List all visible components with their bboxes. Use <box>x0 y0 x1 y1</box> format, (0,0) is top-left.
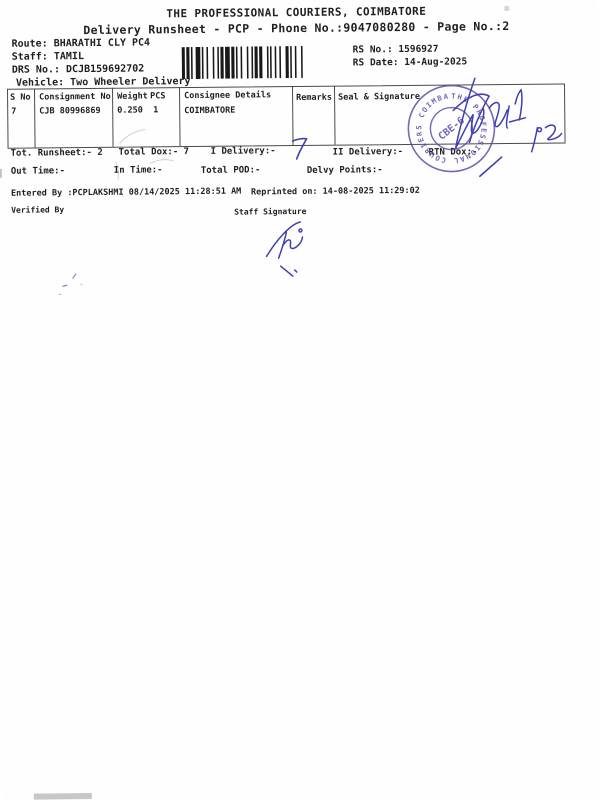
total-dox-value: 7 <box>184 147 190 157</box>
verified-by-label: Verified By <box>11 205 64 215</box>
col-header-pcs: PCS <box>150 91 165 101</box>
total-pod-label: Total POD:- <box>201 165 261 176</box>
scan-artifact <box>504 6 509 11</box>
route-line: Route: BHARATHI CLY PC4 <box>12 37 151 49</box>
scan-artifact <box>0 169 2 178</box>
pen-specks <box>51 268 97 300</box>
cell-consignment: CJB 80996869 <box>39 106 101 117</box>
delvy-points-label: Delvy Points:- <box>307 165 383 176</box>
col-header-sno: S No <box>10 93 31 103</box>
ii-delivery-label: II Delivery:- <box>333 147 404 158</box>
staff-signature-handwriting <box>260 218 333 279</box>
staff-signature-label: Staff Signature <box>234 207 306 217</box>
i-delivery-label: I Delivery:- <box>211 146 276 157</box>
drs-no-line: DRS No.: DCJB159692702 <box>12 63 145 75</box>
col-header-consignment: Consignment No <box>39 92 111 103</box>
rs-no: RS No.: 1596927 <box>353 44 439 56</box>
cell-sno: 7 <box>11 107 16 117</box>
handwritten-i-delivery-value <box>290 137 310 161</box>
barcode <box>182 46 346 80</box>
col-header-weight: Weight <box>117 91 148 101</box>
scan-artifact <box>34 793 92 800</box>
runsheet-document: THE PROFESSIONAL COURIERS, COIMBATORE De… <box>0 0 600 800</box>
out-time-label: Out Time:- <box>11 166 65 177</box>
scan-artifact <box>109 113 180 184</box>
entered-by-line: Entered By :PCPLAKSHMI 08/14/2025 11:28:… <box>11 187 241 199</box>
rtn-dox-slash <box>476 155 506 179</box>
total-runsheet: Tot. Runsheet:- 2 <box>11 148 103 159</box>
courier-signature <box>445 69 571 182</box>
document-title: Delivery Runsheet - PCP - Phone No.:9047… <box>0 18 596 38</box>
staff-line: Staff: TAMIL <box>12 51 84 63</box>
cell-consignee: COIMBATORE <box>184 106 235 116</box>
col-header-consignee: Consignee Details <box>184 90 271 101</box>
rs-date: RS Date: 14-Aug-2025 <box>353 56 467 68</box>
col-header-remarks: Remarks <box>296 93 332 103</box>
reprinted-line: Reprinted on: 14-08-2025 11:29:02 <box>251 186 420 198</box>
